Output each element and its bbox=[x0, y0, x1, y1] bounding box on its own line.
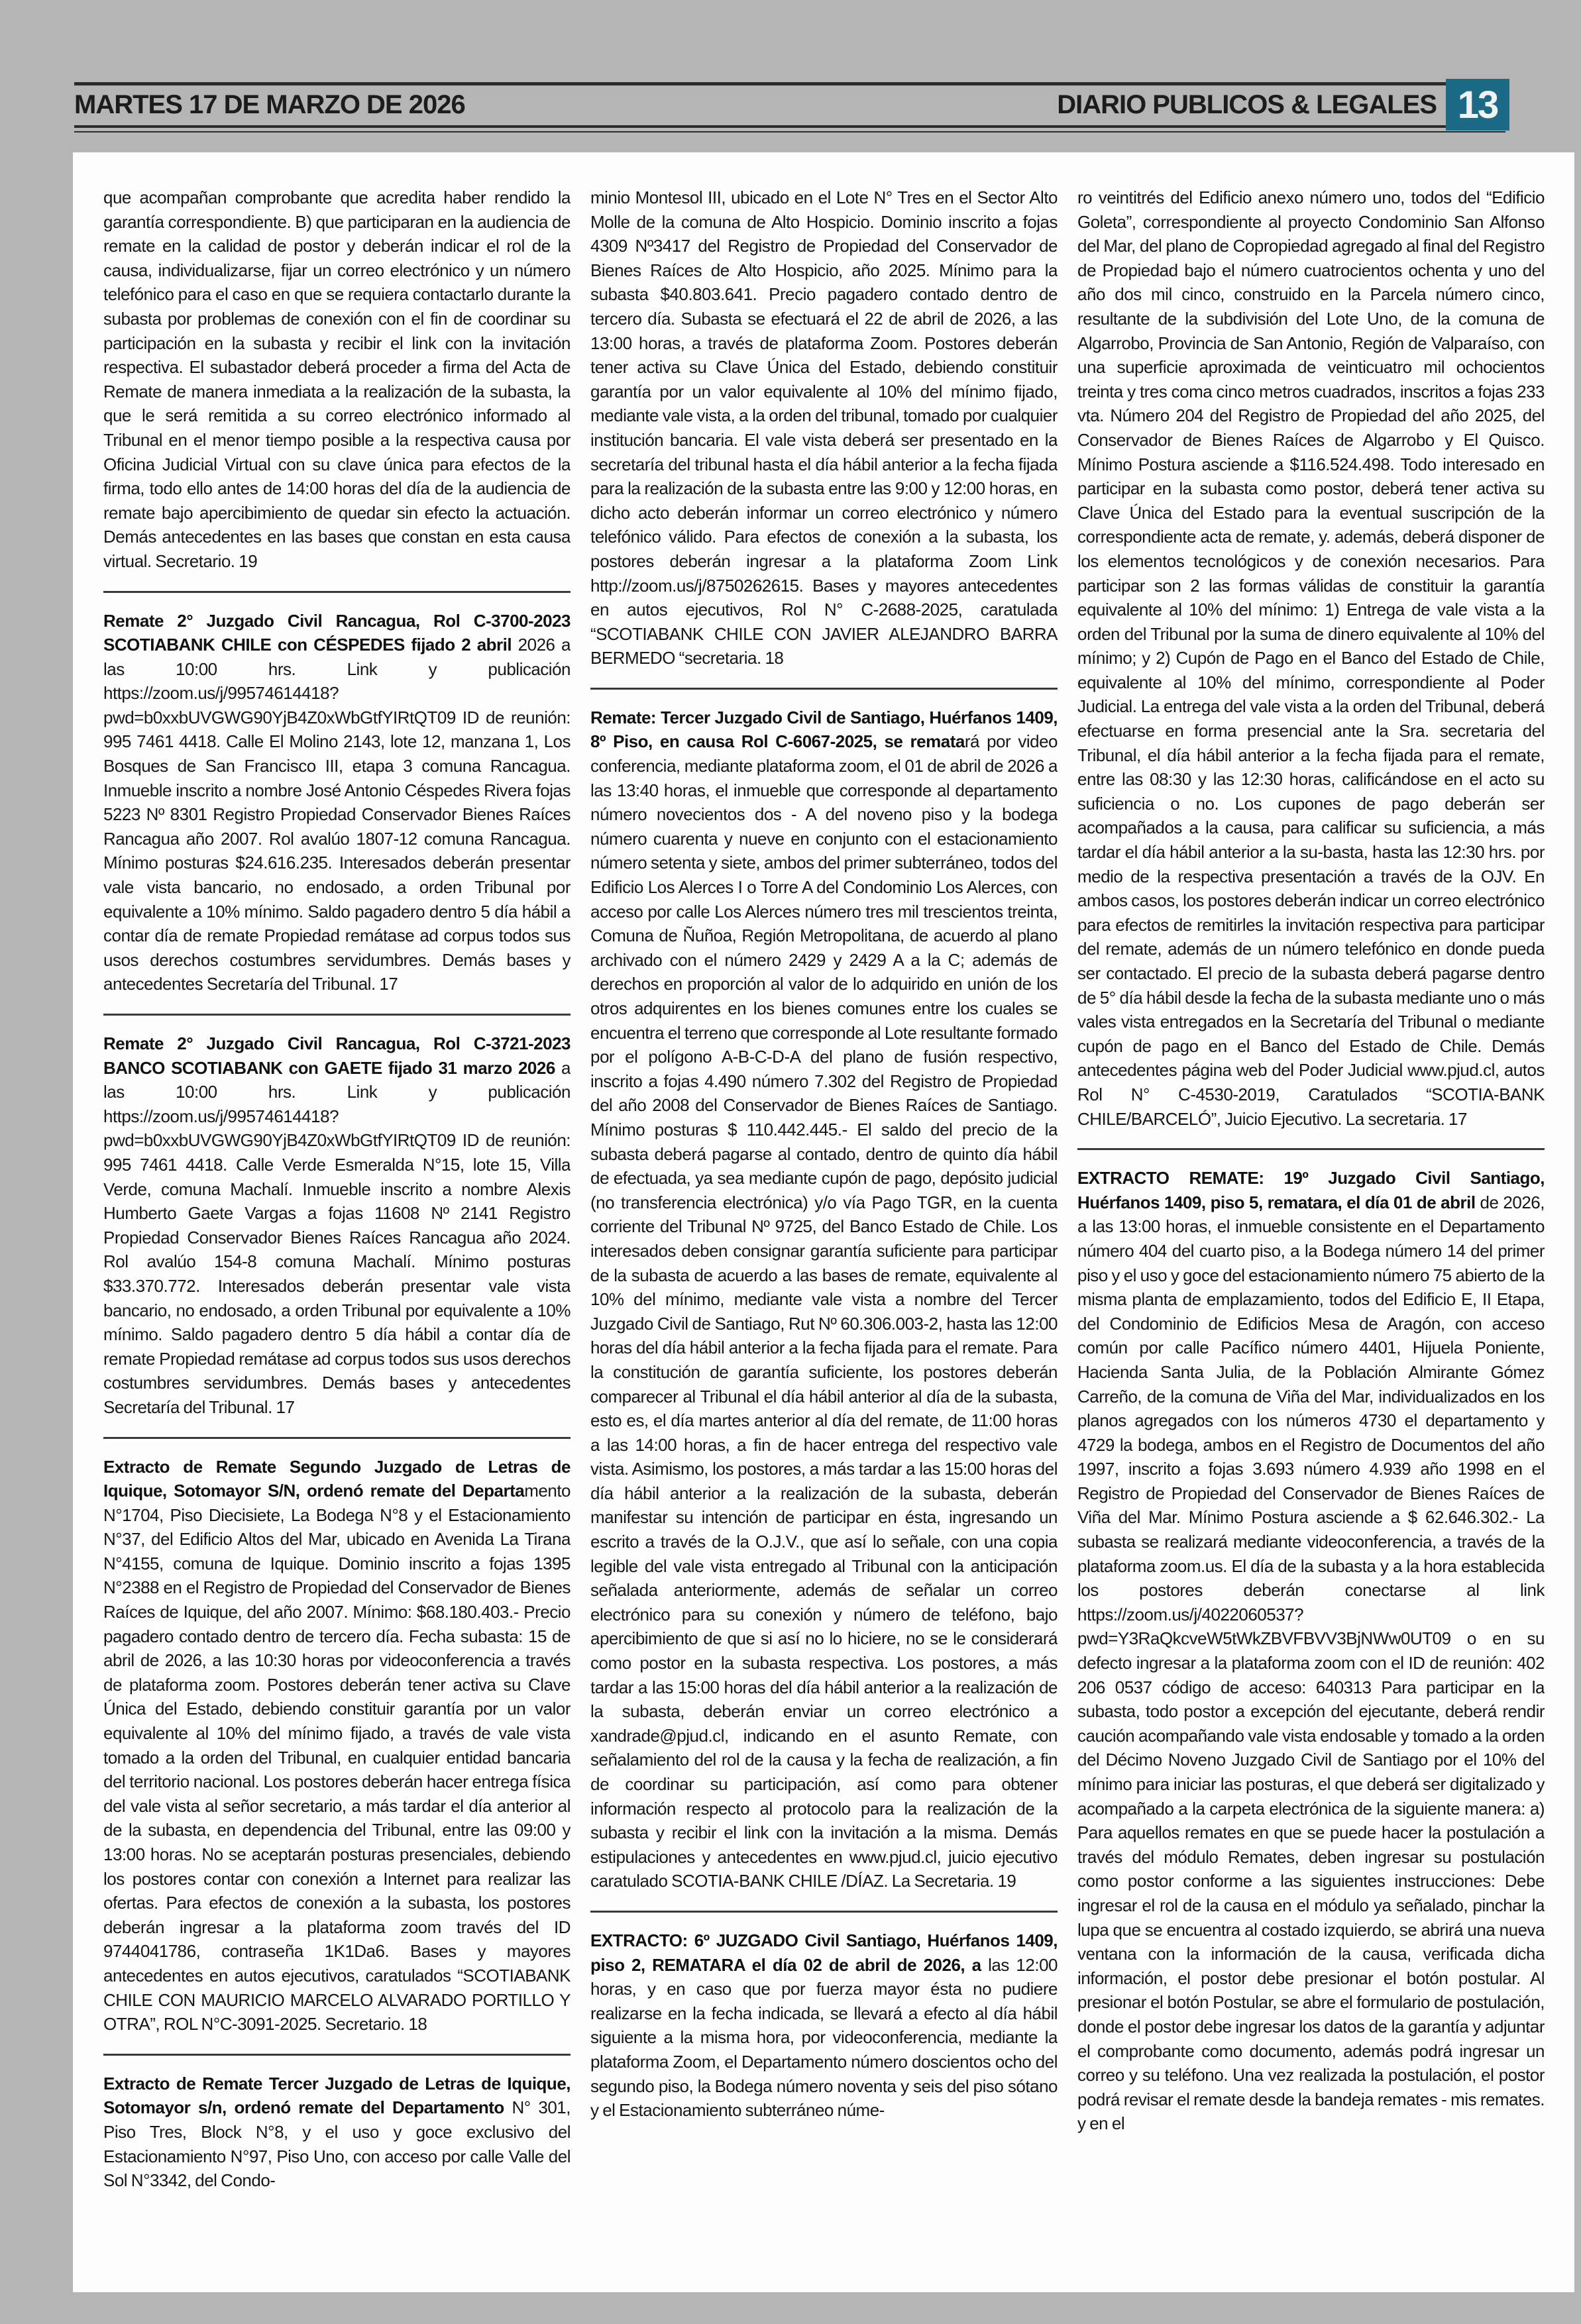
legal-notice: Remate: Tercer Juzgado Civil de Santiago… bbox=[590, 706, 1058, 1893]
header-date: MARTES 17 DE MARZO DE 2026 bbox=[74, 90, 465, 120]
notice-lead: Remate 2° Juzgado Civil Rancagua, Rol C-… bbox=[103, 611, 571, 655]
notice-lead: Extracto de Remate Tercer Juzgado de Let… bbox=[103, 2074, 571, 2118]
notice-separator bbox=[590, 688, 1058, 690]
header-bottom-rule-thin bbox=[74, 131, 1505, 132]
header-publication-title: DIARIO PUBLICOS & LEGALES bbox=[1057, 90, 1437, 120]
notice-lead: Remate 2° Juzgado Civil Rancagua, Rol C-… bbox=[103, 1033, 571, 1078]
legal-notice: Remate 2° Juzgado Civil Rancagua, Rol C-… bbox=[103, 1031, 571, 1420]
notice-separator bbox=[1077, 1148, 1545, 1150]
notice-separator bbox=[103, 1437, 571, 1439]
column-1: que acompañan comprobante que acredita h… bbox=[103, 185, 571, 2266]
header-row: MARTES 17 DE MARZO DE 2026 DIARIO PUBLIC… bbox=[74, 85, 1505, 124]
columns-container: que acompañan comprobante que acredita h… bbox=[103, 185, 1545, 2266]
page-number-badge: 13 bbox=[1446, 79, 1509, 131]
notice-separator bbox=[103, 1014, 571, 1016]
legal-notice: ro veintitrés del Edificio anexo número … bbox=[1077, 185, 1545, 1131]
notice-lead: Remate: Tercer Juzgado Civil de Santiago… bbox=[590, 708, 1058, 752]
newspaper-page-body: que acompañan comprobante que acredita h… bbox=[73, 152, 1574, 2292]
notice-lead: EXTRACTO: 6º JUZGADO Civil Santiago, Hué… bbox=[590, 1930, 1058, 1975]
legal-notice: Remate 2° Juzgado Civil Rancagua, Rol C-… bbox=[103, 609, 571, 997]
legal-notice: Extracto de Remate Tercer Juzgado de Let… bbox=[103, 2072, 571, 2193]
legal-notice: EXTRACTO REMATE: 19º Juzgado Civil Santi… bbox=[1077, 1166, 1545, 2136]
notice-lead: EXTRACTO REMATE: 19º Juzgado Civil Santi… bbox=[1077, 1168, 1545, 1212]
notice-separator bbox=[103, 591, 571, 593]
legal-notice: EXTRACTO: 6º JUZGADO Civil Santiago, Hué… bbox=[590, 1928, 1058, 2123]
notice-separator bbox=[103, 2054, 571, 2056]
legal-notice: que acompañan comprobante que acredita h… bbox=[103, 185, 571, 574]
legal-notice: Extracto de Remate Segundo Juzgado de Le… bbox=[103, 1455, 571, 2036]
header-bottom-rule-thick bbox=[74, 125, 1505, 128]
column-2: minio Montesol III, ubicado en el Lote N… bbox=[590, 185, 1058, 2266]
page-header: MARTES 17 DE MARZO DE 2026 DIARIO PUBLIC… bbox=[74, 82, 1505, 132]
column-3: ro veintitrés del Edificio anexo número … bbox=[1077, 185, 1545, 2266]
notice-lead: Extracto de Remate Segundo Juzgado de Le… bbox=[103, 1457, 571, 1501]
legal-notice: minio Montesol III, ubicado en el Lote N… bbox=[590, 185, 1058, 670]
notice-separator bbox=[590, 1911, 1058, 1913]
